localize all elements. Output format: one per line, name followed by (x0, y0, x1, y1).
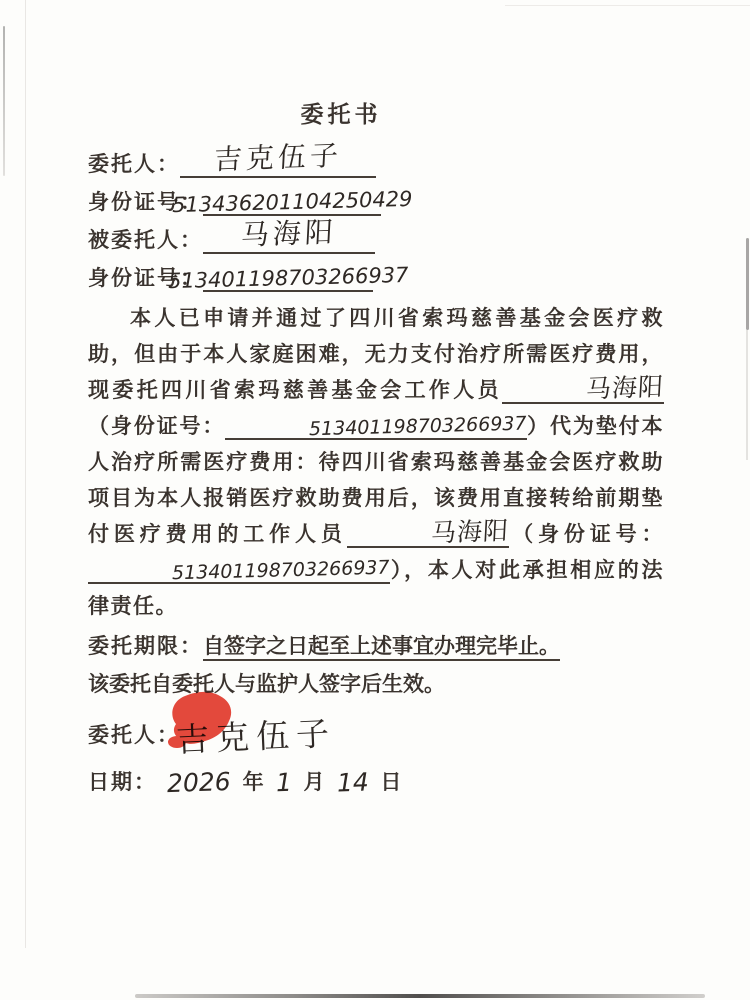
field-agent: 被委托人： 马海阳 (88, 216, 664, 254)
handwritten-month: 1 (275, 768, 292, 799)
date-row: 日期： 2026 年 1 月 14 日 (88, 768, 664, 798)
field-principal-id: 身份证号： 513436201104250429 (88, 178, 664, 216)
thumbprint-smudge (168, 736, 186, 748)
principal-label: 委托人： (88, 148, 180, 178)
year-unit: 年 (243, 768, 264, 798)
inline-blank-agent-name-2: 马海阳 (347, 522, 509, 548)
body-paragraph: 本人已申请并通过了四川省索玛慈善基金会医疗救助，但由于本人家庭困难，无力支付治疗… (88, 301, 664, 625)
term-label: 委托期限： (88, 635, 203, 658)
signature-row: 委托人： 吉克伍子 (88, 708, 664, 760)
term-value: 自签字之日起至上述事宜办理完毕止。 (203, 635, 560, 661)
month-unit: 月 (304, 768, 325, 798)
term-row: 委托期限：自签字之日起至上述事宜办理完毕止。 (88, 628, 664, 666)
paper-edge-shadow-left (3, 26, 5, 176)
handwritten-year: 2026 (166, 767, 231, 799)
inline-blank-agent-id-2: 513401198703266937 (88, 560, 390, 584)
paper-crease-left (25, 0, 26, 948)
page-title: 委托书 (88, 96, 594, 129)
handwritten-agent-id: 513401198703266937 (167, 263, 408, 293)
handwritten-agent-name: 马海阳 (240, 210, 338, 253)
handwritten-inline-agent-id-1: 513401198703266937 (267, 413, 527, 442)
field-principal: 委托人： 吉克伍子 (88, 140, 664, 178)
inline-blank-agent-name-1: 马海阳 (502, 378, 664, 404)
red-thumbprint-icon (160, 688, 236, 750)
paper-edge-shadow-right (746, 330, 748, 460)
paper-edge-mark-right (746, 238, 749, 330)
paper-edge-shadow-bottom (135, 994, 705, 998)
scanned-paper-sheet: 委托书 委托人： 吉克伍子 身份证号： 513436201104250429 被… (0, 0, 750, 1000)
body-text-2b: 号： (179, 415, 225, 438)
handwritten-inline-agent-name-1: 马海阳 (543, 376, 664, 402)
inline-blank-agent-id-1: 513401198703266937 (225, 416, 527, 440)
paper-edge-top (505, 5, 750, 6)
day-unit: 日 (380, 768, 401, 798)
agent-id-blank: 513401198703266937 (203, 258, 373, 292)
handwritten-day: 14 (336, 767, 369, 798)
body-text-2: （身份证 (88, 415, 179, 438)
handwritten-inline-agent-id-2: 513401198703266937 (130, 557, 390, 586)
field-agent-id: 身份证号： 513401198703266937 (88, 254, 664, 292)
date-label: 日期： (88, 768, 157, 798)
agent-label: 被委托人： (88, 224, 203, 254)
handwritten-principal-name: 吉克伍子 (213, 134, 343, 179)
thumbprint-shape (172, 692, 231, 744)
agent-blank: 马海阳 (203, 220, 375, 254)
authorization-letter: 委托书 委托人： 吉克伍子 身份证号： 513436201104250429 被… (88, 96, 664, 798)
handwritten-inline-agent-name-2: 马海阳 (388, 520, 509, 546)
body-text-4: （身份证号： (509, 523, 664, 546)
principal-blank: 吉克伍子 (180, 144, 376, 178)
